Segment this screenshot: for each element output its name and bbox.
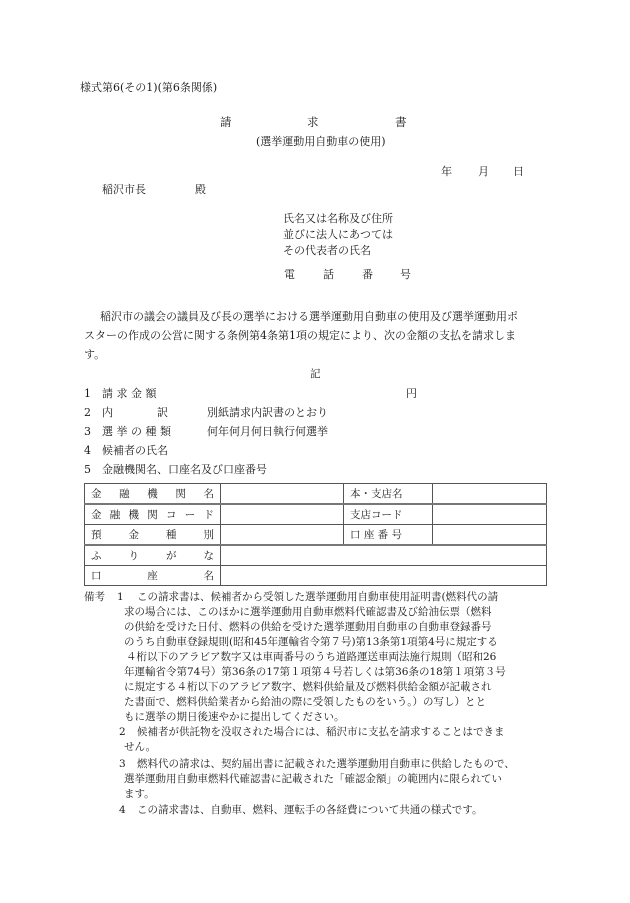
label-char: コ bbox=[166, 507, 177, 522]
date-day: 日 bbox=[513, 166, 524, 177]
label-char: り bbox=[129, 548, 140, 563]
item-number: 2 bbox=[84, 407, 91, 418]
label-char: 名 bbox=[204, 568, 215, 583]
label-char: 融 bbox=[119, 486, 130, 501]
item-number: 4 bbox=[84, 445, 91, 456]
item-label-claim-amount: 請 求 金 額 bbox=[102, 388, 157, 399]
item-number: 1 bbox=[84, 388, 91, 399]
note-number: 1 bbox=[117, 592, 124, 603]
table-row-furigana: ふ り が な bbox=[85, 545, 547, 566]
note-2-line-1: 候補者が供託物を没収された場合には、稲沢市に支払を請求することはできま bbox=[137, 727, 505, 738]
phone-label-char-4: 号 bbox=[400, 269, 411, 280]
body-paragraph-line-2: スターの作成の公営に関する条例第4条第1項の規定により、次の金額の支払を請求しま bbox=[84, 330, 516, 341]
account-number-field[interactable] bbox=[433, 525, 547, 546]
note-number: 4 bbox=[119, 805, 126, 816]
bank-info-table: 金 融 機 関 名 本・支店名 金 融 機 関 コ ー bbox=[84, 483, 547, 586]
item-unit-yen: 円 bbox=[406, 388, 417, 399]
body-paragraph-line-3: す。 bbox=[84, 349, 105, 360]
date-year: 年 bbox=[441, 166, 452, 177]
label-char: 種 bbox=[166, 527, 177, 542]
body-paragraph-line-1: 稲沢市の議会の議員及び長の選挙における選挙運動用自動車の使用及び選挙運動用ポ bbox=[100, 311, 518, 322]
label-bank-code: 金 融 機 関 コ ー ド bbox=[85, 504, 221, 525]
label-branch-name: 本・支店名 bbox=[344, 484, 433, 505]
item-label-bank-info: 金融機関名、口座名及び口座番号 bbox=[102, 464, 267, 475]
title-subtitle: (選挙運動用自動車の使用) bbox=[256, 136, 386, 147]
furigana-field[interactable] bbox=[221, 545, 547, 566]
table-row-account-name: 口 座 名 bbox=[85, 566, 547, 586]
ki-heading: 記 bbox=[310, 369, 321, 380]
note-number: 3 bbox=[119, 759, 126, 770]
label-char: 金 bbox=[129, 527, 140, 542]
label-char: 関 bbox=[147, 507, 158, 522]
label-char: ふ bbox=[91, 548, 102, 563]
note-number: 2 bbox=[119, 727, 126, 738]
label-char: 機 bbox=[129, 507, 140, 522]
note-1-line-4: のうち自動車登録規則(昭和45年運輸省令第７号)第13条第1項第4号に規定する bbox=[124, 637, 498, 648]
item-label-candidate-name: 候補者の氏名 bbox=[102, 445, 168, 456]
applicant-label-line-1: 氏名又は名称及び住所 bbox=[283, 213, 393, 224]
label-account-type: 預 金 種 別 bbox=[85, 525, 221, 546]
applicant-label-line-3: その代表者の氏名 bbox=[283, 245, 371, 256]
label-bank-name: 金 融 機 関 名 bbox=[85, 484, 221, 505]
label-account-name: 口 座 名 bbox=[85, 566, 221, 586]
label-char: 関 bbox=[175, 486, 186, 501]
label-char: が bbox=[166, 548, 177, 563]
label-branch-code: 支店コード bbox=[344, 504, 433, 525]
note-1-line-8: た書面で、燃料供給業者から給油の際に受領したものをいう。）の写し）とと bbox=[124, 697, 486, 708]
label-char: 金 bbox=[91, 486, 102, 501]
label-char: 座 bbox=[147, 568, 158, 583]
bank-name-field[interactable] bbox=[221, 484, 344, 505]
table-row-account-type: 預 金 種 別 口 座 番 号 bbox=[85, 525, 547, 546]
label-char: 名 bbox=[204, 486, 215, 501]
label-char: 融 bbox=[110, 507, 121, 522]
label-char: 口 bbox=[91, 568, 102, 583]
label-char: 別 bbox=[204, 527, 215, 542]
note-3-line-1: 燃料代の請求は、契約届出書に記載された選挙運動用自動車に供給したもので、 bbox=[137, 759, 515, 770]
title-char-3: 書 bbox=[395, 117, 407, 129]
note-1-line-9: もに選挙の期日後速やかに提出してください。 bbox=[124, 712, 345, 723]
branch-name-field[interactable] bbox=[433, 484, 547, 505]
table-row-bank-code: 金 融 機 関 コ ー ド 支店コード bbox=[85, 504, 547, 525]
note-1-line-7: に規定する４桁以下のアラビア数字、燃料供給量及び燃料供給金額が記載され bbox=[124, 682, 492, 693]
label-furigana: ふ り が な bbox=[85, 545, 221, 566]
form-label: 様式第6(その1)(第6条関係) bbox=[80, 82, 217, 93]
note-4-line-1: この請求書は、自動車、燃料、運転手の各経費について共通の様式です。 bbox=[137, 805, 482, 816]
label-char: ド bbox=[204, 507, 215, 522]
notes-heading: 備考 bbox=[84, 592, 105, 603]
label-char: ー bbox=[185, 507, 196, 522]
item-number: 5 bbox=[84, 464, 91, 475]
note-1-line-6: 年運輸省令第74号）第36条の17第１項第４号若しくは第36条の18第１項第３号 bbox=[124, 667, 506, 678]
phone-label-char-3: 番 bbox=[362, 269, 373, 280]
applicant-label-line-2: 並びに法人にあつては bbox=[283, 229, 393, 240]
item-value-election-type: 何年何月何日執行何選挙 bbox=[207, 426, 328, 437]
phone-label-char-1: 電 bbox=[284, 269, 295, 280]
phone-label-char-2: 話 bbox=[323, 269, 334, 280]
note-1-line-5: ４桁以下のアラビア数字又は車両番号のうち道路運送車両法施行規則（昭和26 bbox=[126, 652, 496, 663]
label-char: な bbox=[204, 548, 215, 563]
label-account-number: 口 座 番 号 bbox=[344, 525, 433, 546]
label-char: 金 bbox=[91, 507, 102, 522]
date-month: 月 bbox=[478, 166, 489, 177]
item-label-election-type: 選 挙 の 種 類 bbox=[102, 426, 171, 437]
note-1-line-3: の供給を受けた日付、燃料の供給を受けた選挙運動用自動車の自動車登録番号 bbox=[124, 622, 492, 633]
note-2-line-2: せん。 bbox=[124, 742, 156, 753]
item-label-breakdown: 内 訳 bbox=[102, 407, 168, 418]
account-type-field[interactable] bbox=[221, 525, 344, 546]
addressee-name: 稲沢市長 bbox=[102, 184, 146, 195]
title-char-1: 請 bbox=[220, 117, 232, 129]
note-3-line-3: ます。 bbox=[124, 789, 155, 800]
note-1-line-2: 求の場合には、このほかに選挙運動用自動車燃料代確認書及び給油伝票（燃料 bbox=[124, 607, 492, 618]
item-value-breakdown: 別紙請求内訳書のとおり bbox=[207, 407, 328, 418]
note-1-line-1: この請求書は、候補者から受領した選挙運動用自動車使用証明書(燃料代の請 bbox=[137, 592, 498, 603]
note-3-line-2: 選挙運動用自動車燃料代確認書に記載された「確認金額」の範囲内に限られてい bbox=[124, 774, 502, 785]
addressee-honorific: 殿 bbox=[195, 184, 206, 195]
title-char-2: 求 bbox=[307, 117, 319, 129]
label-char: 預 bbox=[91, 527, 102, 542]
document-page: 様式第6(その1)(第6条関係) 請 求 書 (選挙運動用自動車の使用) 年 月… bbox=[0, 0, 630, 903]
account-name-field[interactable] bbox=[221, 566, 547, 586]
bank-code-field[interactable] bbox=[221, 504, 344, 525]
branch-code-field[interactable] bbox=[433, 504, 547, 525]
label-char: 機 bbox=[147, 486, 158, 501]
item-number: 3 bbox=[84, 426, 91, 437]
table-row-bank-name: 金 融 機 関 名 本・支店名 bbox=[85, 484, 547, 505]
